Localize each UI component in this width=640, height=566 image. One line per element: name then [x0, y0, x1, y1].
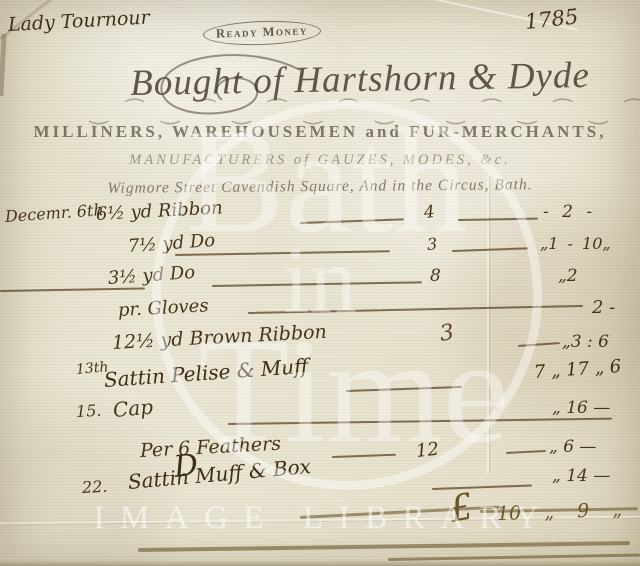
- item-desc: 6½ yd Ribbon: [95, 197, 223, 225]
- address-line: Wigmore Street Cavendish Square, And in …: [20, 175, 620, 198]
- total-underline-2: [388, 554, 640, 561]
- item-amount: „ 6 —: [549, 437, 596, 457]
- ink-dash: [506, 450, 546, 454]
- watermark-word-in: in: [283, 225, 357, 335]
- item-unit-price: 3: [426, 234, 438, 254]
- item-unit-price: 12: [415, 439, 440, 462]
- invoice-scan: Lady Tournour Ready Money 1785 Bought of…: [0, 0, 640, 566]
- ink-dash: [212, 281, 422, 287]
- ink-dash: [458, 218, 538, 221]
- item-amount: 7 „ 17 „ 6: [533, 356, 622, 383]
- item-date: 22.: [82, 477, 108, 497]
- ink-dash: [0, 287, 145, 292]
- item-amount: „2: [558, 266, 578, 286]
- ink-dash: [332, 454, 396, 458]
- ready-money-stamp: Ready Money: [203, 19, 322, 47]
- item-amount: 2 -: [592, 297, 615, 318]
- item-desc: pr. Gloves: [117, 295, 209, 321]
- total-underline-1: [138, 541, 630, 552]
- paper-edge-left: [0, 34, 7, 96]
- ink-dash: [228, 418, 612, 425]
- item-desc: Sattin Pelise & Muff: [103, 354, 309, 392]
- ink-dash: [248, 305, 583, 314]
- item-unit-price: 3: [438, 320, 455, 347]
- item-amount: „3 : 6: [562, 332, 609, 352]
- customer-name: Lady Tournour: [7, 7, 150, 36]
- ink-dash: [452, 247, 528, 252]
- ink-dash: [300, 218, 404, 224]
- item-amount: „1 - 10„: [540, 234, 611, 253]
- item-desc: Cap: [112, 395, 154, 422]
- merchant-title: Bought of Hartshorn & Dyde: [100, 53, 621, 105]
- trade-line: MILLINERS, WAREHOUSEMEN and FUR-MERCHANT…: [20, 122, 620, 142]
- total-amount: 10 „ 9 „ 10: [497, 497, 640, 525]
- item-unit-price: 8: [430, 266, 441, 286]
- item-date: Decemr. 6th: [4, 200, 104, 226]
- total-currency-symbol: £: [446, 486, 476, 530]
- item-unit-price: 4: [423, 202, 436, 223]
- item-desc: 12½ yd Brown Ribbon: [111, 321, 327, 354]
- year: 1785: [524, 4, 580, 33]
- ink-dash: [518, 342, 560, 347]
- item-amount: - 2 -: [543, 202, 592, 222]
- item-desc: 3½ yd Do: [107, 262, 196, 289]
- item-amount: „ 14 —: [552, 466, 610, 486]
- manufacture-line: MANUFACTURERS of GAUZES, MODES, &c.: [20, 152, 620, 169]
- paper-edge-bottom: [0, 560, 640, 566]
- item-date: 15.: [76, 401, 102, 421]
- ink-dash: [346, 386, 462, 392]
- item-amount: „ 16 —: [552, 398, 610, 418]
